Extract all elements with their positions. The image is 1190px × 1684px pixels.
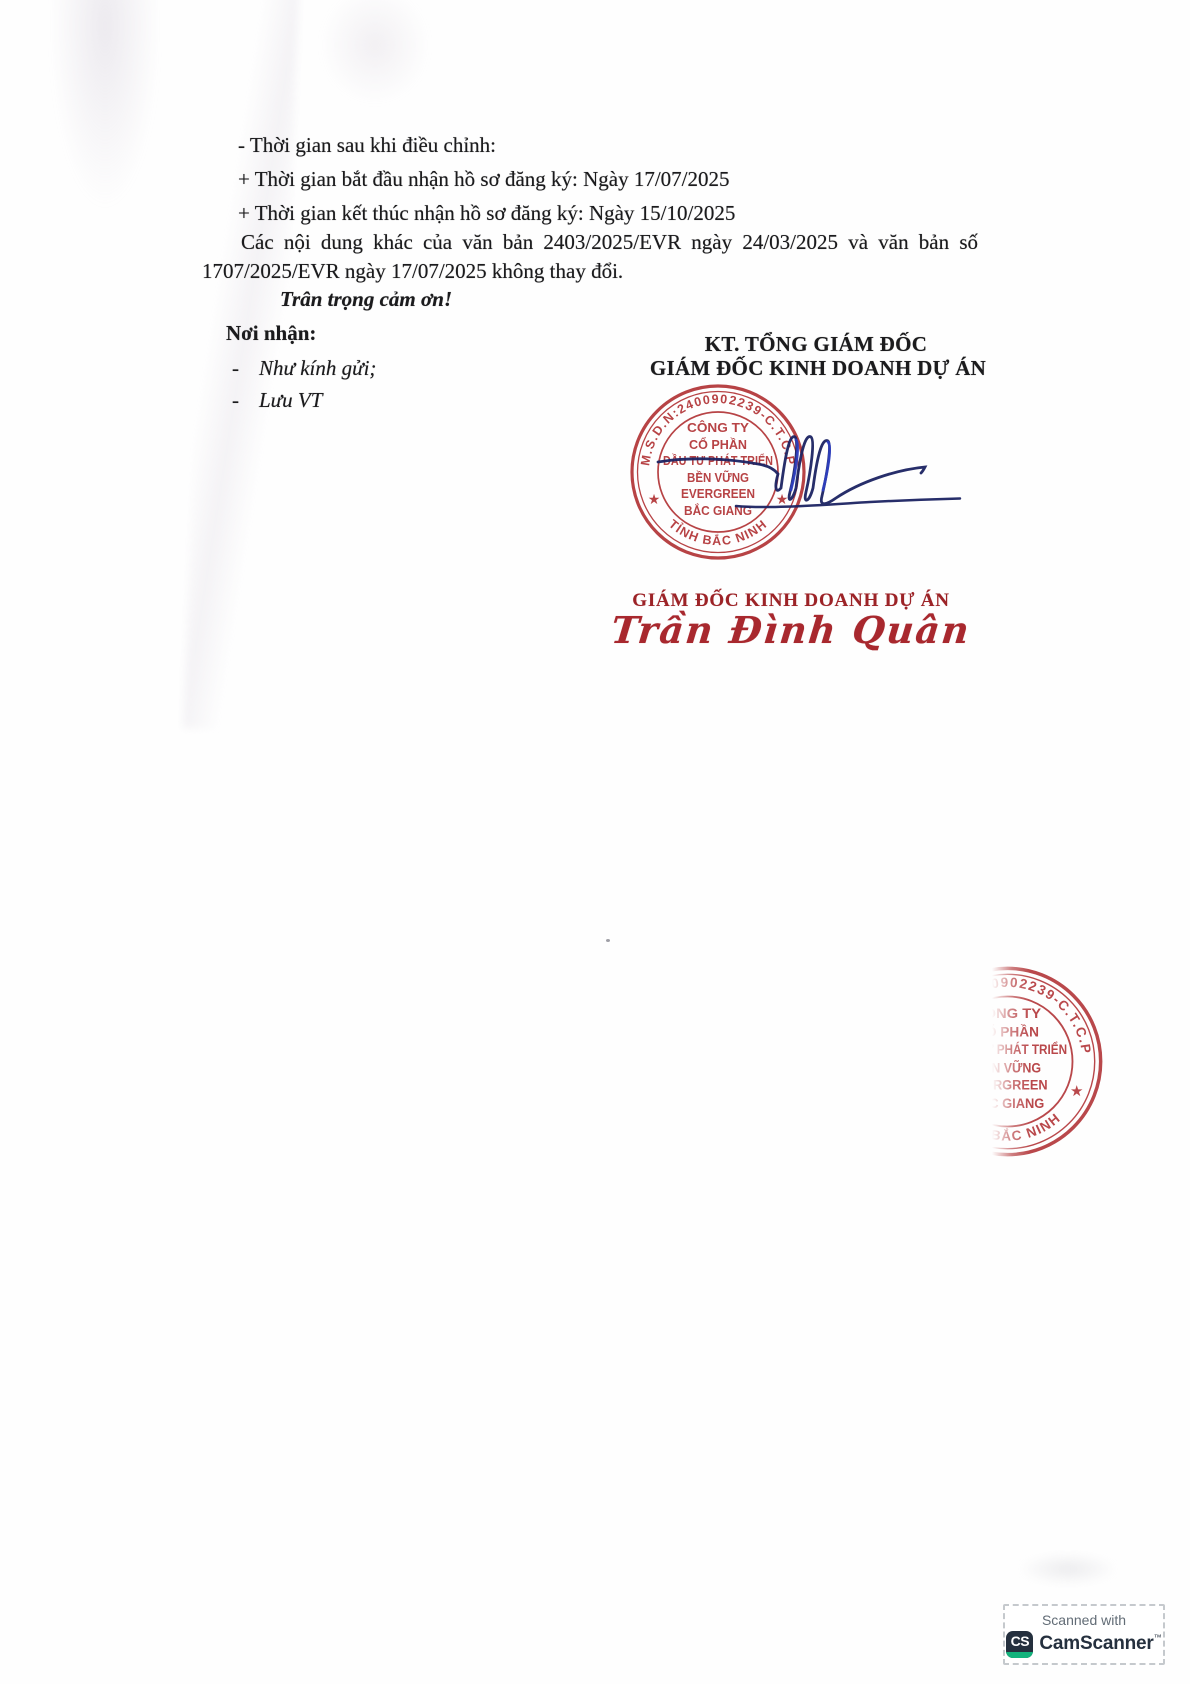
- recipient-item-label: Như kính gửi;: [259, 355, 376, 382]
- partial-company-stamp: M.S.D.N:2400902239-C.T.C.P TỈNH BẮC NINH…: [910, 964, 1105, 1159]
- stamp-center-line-1: CÔNG TY: [974, 1004, 1042, 1021]
- stamp-center-line-3: ĐẦU TƯ PHÁT TRIỂN: [948, 1042, 1067, 1057]
- camscanner-icon-letters: CS: [1011, 1631, 1029, 1652]
- recipients-heading: Nơi nhận:: [226, 320, 316, 347]
- stamp-center-line-5: EVERGREEN: [967, 1077, 1047, 1093]
- signer-name: Trần Đình Quân: [609, 608, 973, 652]
- camscanner-brand-wrap: CamScanner™: [1039, 1633, 1161, 1655]
- signature-underline-stroke: [736, 499, 960, 508]
- camscanner-trademark-symbol: ™: [1154, 1633, 1162, 1642]
- body-line-4: Các nội dung khác của văn bản 2403/2025/…: [241, 229, 978, 256]
- scan-smudge-above-badge: [1018, 1552, 1118, 1586]
- recipient-item-label: Lưu VT: [259, 387, 322, 414]
- signatory-heading-line-2: GIÁM ĐỐC KINH DOANH DỰ ÁN: [650, 356, 986, 381]
- body-line-5: 1707/2025/EVR ngày 17/07/2025 không thay…: [202, 258, 623, 285]
- camscanner-badge: Scanned with CS CamScanner™: [1003, 1604, 1165, 1665]
- ink-dot-artifact: [606, 939, 610, 942]
- body-line-3: + Thời gian kết thúc nhận hồ sơ đăng ký:…: [238, 200, 735, 227]
- stamp-center-line-2: CỔ PHẦN: [976, 1023, 1039, 1040]
- scanned-document-page: - Thời gian sau khi điều chỉnh: + Thời g…: [0, 0, 1190, 1684]
- stamp-star-left-icon: ★: [931, 1083, 945, 1100]
- body-line-2: + Thời gian bắt đầu nhận hồ sơ đăng ký: …: [238, 166, 730, 193]
- signature-blue-loop-2: [823, 442, 830, 490]
- camscanner-brand-label: CamScanner: [1039, 1633, 1153, 1654]
- signature-scribble: [620, 410, 980, 525]
- camscanner-app-icon: CS: [1006, 1631, 1033, 1658]
- scan-smudge-top-left: [50, 0, 160, 210]
- camscanner-logo-row: CS CamScanner™: [1006, 1631, 1161, 1658]
- signature-main-stroke: [658, 437, 925, 504]
- recipient-bullet: -: [232, 387, 239, 414]
- partial-company-stamp-graphic: M.S.D.N:2400902239-C.T.C.P TỈNH BẮC NINH…: [910, 964, 1105, 1159]
- recipient-item-2: - Lưu VT: [232, 387, 322, 414]
- stamp-center-line-4: BỀN VỮNG: [974, 1058, 1041, 1075]
- scan-smudge-top-center: [320, 0, 430, 105]
- signatory-heading-line-1: KT. TỔNG GIÁM ĐỐC: [705, 332, 928, 357]
- camscanner-scanned-with-label: Scanned with: [1042, 1612, 1126, 1628]
- stamp-star-right-icon: ★: [1070, 1083, 1084, 1100]
- closing-line: Trân trọng cảm ơn!: [280, 286, 452, 313]
- recipient-item-1: - Như kính gửi;: [232, 355, 376, 382]
- body-line-1: - Thời gian sau khi điều chỉnh:: [238, 132, 496, 159]
- camscanner-icon-green-strip: [1006, 1652, 1033, 1658]
- stamp-center-line-6: BẮC GIANG: [971, 1094, 1045, 1111]
- recipient-bullet: -: [232, 355, 239, 382]
